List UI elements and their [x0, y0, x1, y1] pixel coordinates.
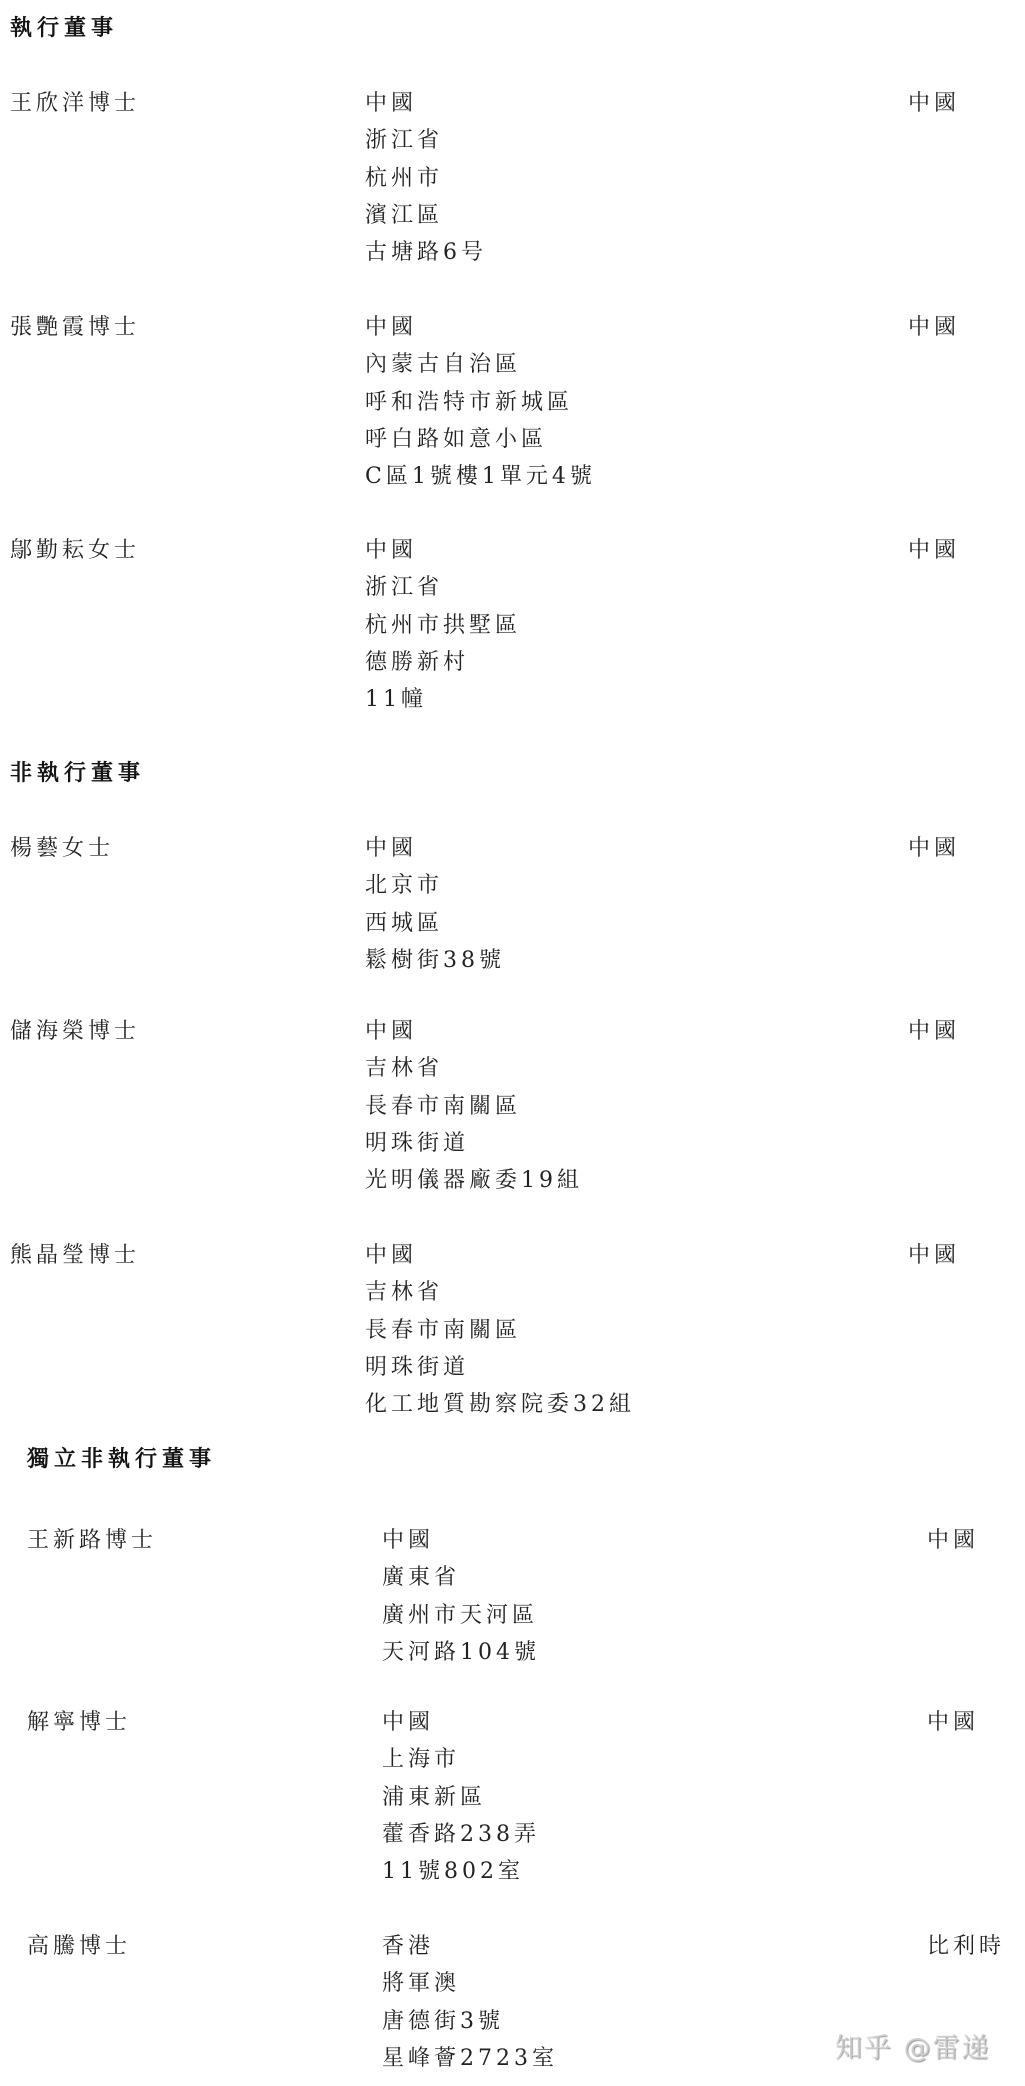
director-name: 王新路博士 [27, 1522, 157, 1559]
address-line: 內蒙古自治區 [365, 346, 596, 383]
director-address: 中國 吉林省 長春市南關區 明珠街道 化工地質勘察院委32組 [365, 1237, 635, 1423]
address-line: 香港 [382, 1928, 558, 1965]
director-name: 熊晶瑩博士 [10, 1237, 140, 1274]
address-line: 上海市 [382, 1741, 540, 1778]
director-nationality: 中國 [908, 85, 960, 122]
address-line: 杭州市拱墅區 [365, 607, 521, 644]
address-line: 浙江省 [365, 122, 487, 159]
address-line: 中國 [365, 1237, 635, 1274]
director-address: 中國 北京市 西城區 鬆樹街38號 [365, 830, 505, 979]
director-name: 高騰博士 [27, 1928, 131, 1965]
address-line: 中國 [365, 309, 596, 346]
address-line: 廣州市天河區 [382, 1597, 540, 1634]
address-line: 光明儀器廠委19組 [365, 1162, 583, 1199]
address-line: 浙江省 [365, 569, 521, 606]
section-heading-non-executive-directors: 非執行董事 [10, 760, 145, 786]
director-address: 中國 吉林省 長春市南關區 明珠街道 光明儀器廠委19組 [365, 1013, 583, 1199]
address-line: 明珠街道 [365, 1349, 635, 1386]
address-line: 吉林省 [365, 1274, 635, 1311]
director-name: 王欣洋博士 [10, 85, 140, 122]
director-nationality: 比利時 [927, 1928, 1005, 1965]
address-line: 長春市南關區 [365, 1088, 583, 1125]
director-address: 中國 浙江省 杭州市 濱江區 古塘路6号 [365, 85, 487, 271]
address-line: 明珠街道 [365, 1125, 583, 1162]
address-line: 中國 [365, 532, 521, 569]
address-line: 長春市南關區 [365, 1312, 635, 1349]
director-name: 解寧博士 [27, 1704, 131, 1741]
address-line: 將軍澳 [382, 1965, 558, 2002]
address-line: 吉林省 [365, 1050, 583, 1087]
address-line: 唐德街3號 [382, 2003, 558, 2040]
director-name: 張艷霞博士 [10, 309, 140, 346]
section-heading-executive-directors: 執行董事 [10, 15, 118, 41]
address-line: 鬆樹街38號 [365, 942, 505, 979]
director-nationality: 中國 [908, 1013, 960, 1050]
address-line: 中國 [382, 1704, 540, 1741]
section-heading-independent-non-executive-directors: 獨立非執行董事 [27, 1446, 216, 1472]
director-name: 楊藝女士 [10, 830, 114, 867]
address-line: 呼白路如意小區 [365, 421, 596, 458]
director-nationality: 中國 [908, 532, 960, 569]
director-name: 鄔勤耘女士 [10, 532, 140, 569]
address-line: 中國 [365, 85, 487, 122]
director-address: 中國 浙江省 杭州市拱墅區 德勝新村 11幢 [365, 532, 521, 718]
director-nationality: 中國 [927, 1522, 979, 1559]
address-line: 中國 [365, 1013, 583, 1050]
director-nationality: 中國 [908, 830, 960, 867]
address-line: 濱江區 [365, 197, 487, 234]
address-line: 廣東省 [382, 1559, 540, 1596]
address-line: 德勝新村 [365, 644, 521, 681]
director-nationality: 中國 [927, 1704, 979, 1741]
address-line: 北京市 [365, 867, 505, 904]
address-line: 11號802室 [382, 1853, 540, 1890]
director-address: 中國 廣東省 廣州市天河區 天河路104號 [382, 1522, 540, 1671]
address-line: 呼和浩特市新城區 [365, 384, 596, 421]
director-address: 中國 內蒙古自治區 呼和浩特市新城區 呼白路如意小區 C區1號樓1單元4號 [365, 309, 596, 495]
address-line: 中國 [382, 1522, 540, 1559]
director-address: 中國 上海市 浦東新區 藿香路238弄 11號802室 [382, 1704, 540, 1890]
address-line: 藿香路238弄 [382, 1816, 540, 1853]
address-line: 古塘路6号 [365, 234, 487, 271]
address-line: 中國 [365, 830, 505, 867]
director-nationality: 中國 [908, 1237, 960, 1274]
address-line: 化工地質勘察院委32組 [365, 1386, 635, 1423]
address-line: 西城區 [365, 905, 505, 942]
director-nationality: 中國 [908, 309, 960, 346]
address-line: 11幢 [365, 681, 521, 718]
address-line: 杭州市 [365, 160, 487, 197]
address-line: 星峰薈2723室 [382, 2040, 558, 2077]
director-name: 儲海榮博士 [10, 1013, 140, 1050]
watermark: 知乎 @雷递 [835, 2026, 991, 2065]
director-address: 香港 將軍澳 唐德街3號 星峰薈2723室 [382, 1928, 558, 2077]
address-line: C區1號樓1單元4號 [365, 458, 596, 495]
address-line: 天河路104號 [382, 1634, 540, 1671]
address-line: 浦東新區 [382, 1779, 540, 1816]
